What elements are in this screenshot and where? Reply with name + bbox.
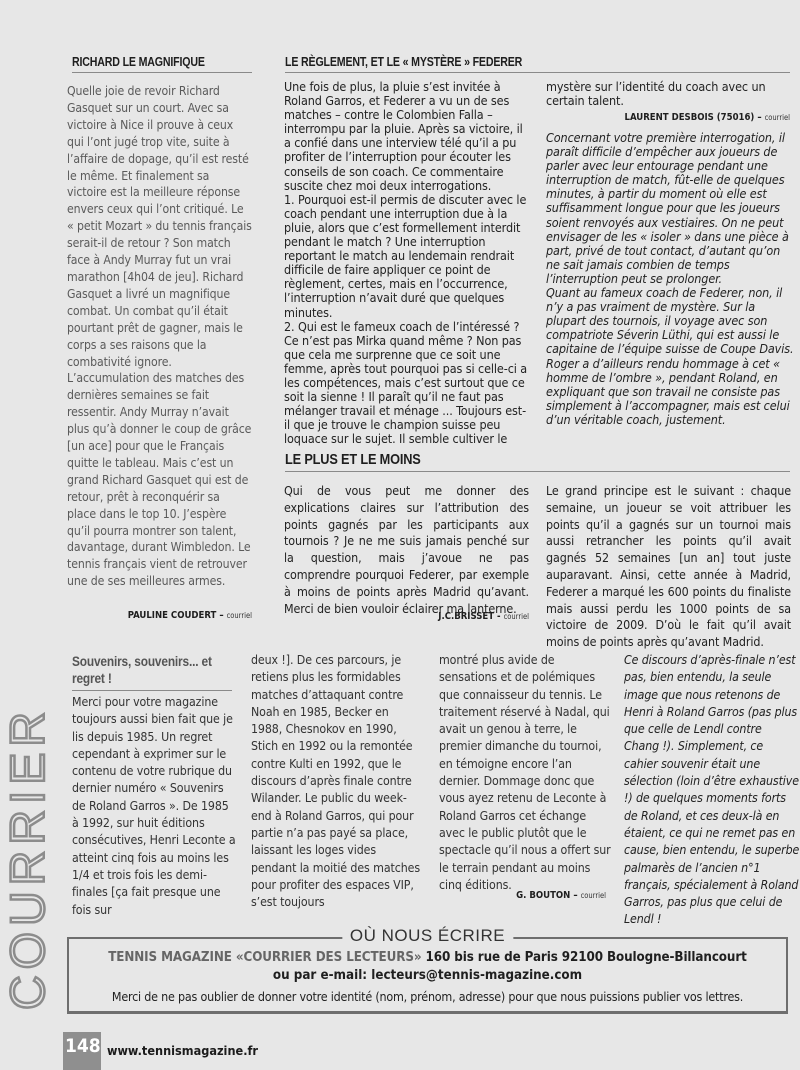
letter-2-signature: LAURENT DESBOIS (75016) – courriel <box>546 110 790 126</box>
letter-4-col1: Merci pour votre magazine toujours aussi… <box>72 694 237 919</box>
contact-email-line[interactable]: ou par e-mail: lecteurs@tennis-magazine.… <box>69 968 786 983</box>
letter-2-title: LE RÈGLEMENT, ET LE « MYSTÈRE » FEDERER <box>285 55 714 69</box>
letter-2-intro: Une fois de plus, la pluie s’est invitée… <box>284 80 529 193</box>
postal-address: 160 bis rue de Paris 92100 Boulogne-Bill… <box>426 950 747 965</box>
letter-2-author: LAURENT DESBOIS (75016) <box>625 112 755 123</box>
website-link[interactable]: www.tennismagazine.fr <box>107 1043 258 1058</box>
letter-3-author: J.C.BRISSET <box>438 611 494 622</box>
letter-3-title: LE PLUS ET LE MOINS <box>285 451 714 468</box>
letter-1-signature: PAULINE COUDERT – courriel <box>67 608 252 624</box>
letter-1-title: RICHARD LE MAGNIFIQUE <box>72 55 225 69</box>
letter-4-reply-text: Ce discours d’après-finale n’est pas, bi… <box>624 652 800 929</box>
letter-4-author: G. BOUTON <box>516 890 570 901</box>
letter-2-reply-p1: Concernant votre première interrogation,… <box>546 131 794 286</box>
letter-3-reply-text: Le grand principe est le suivant : chaqu… <box>546 483 791 651</box>
letter-1-header: RICHARD LE MAGNIFIQUE <box>72 55 252 73</box>
section-label-courrier: COURRIER <box>5 730 53 1010</box>
letter-1-body: Quelle joie de revoir Richard Gasquet su… <box>67 83 252 590</box>
letter-1-source: courriel <box>227 611 252 620</box>
magazine-name: TENNIS MAGAZINE «COURRIER DES LECTEURS» <box>108 950 421 965</box>
contact-note: Merci de ne pas oublier de donner votre … <box>69 989 786 1004</box>
letter-4-source: courriel <box>581 891 606 900</box>
letter-1-text: Quelle joie de revoir Richard Gasquet su… <box>67 83 252 590</box>
page-number: 148 <box>63 1032 101 1070</box>
letter-4-col3: montré plus avide de sensations et de po… <box>439 652 611 894</box>
contact-box: OÙ NOUS ÉCRIRE TENNIS MAGAZINE «COURRIER… <box>67 937 788 1014</box>
letter-4-signature: G. BOUTON – courriel <box>439 888 606 904</box>
letter-2-source: courriel <box>765 113 790 122</box>
letter-4-text-2: deux !]. De ces parcours, je retiens plu… <box>251 652 421 911</box>
letter-4-title: Souvenirs, souvenirs... et regret ! <box>72 653 234 687</box>
letter-2-reply-p2: Quant au fameux coach de Federer, non, i… <box>546 286 794 427</box>
contact-address-line: TENNIS MAGAZINE «COURRIER DES LECTEURS» … <box>69 950 786 965</box>
letter-3-reply: Le grand principe est le suivant : chaqu… <box>546 483 791 651</box>
letter-2-col2: mystère sur l’identité du coach avec un … <box>546 80 791 108</box>
letter-2-col1: Une fois de plus, la pluie s’est invitée… <box>284 80 529 446</box>
letter-4-col2: deux !]. De ces parcours, je retiens plu… <box>251 652 421 911</box>
magazine-page: RICHARD LE MAGNIFIQUE Quelle joie de rev… <box>0 0 800 1070</box>
letter-3-signature: J.C.BRISSET - courriel <box>284 609 529 625</box>
letter-2-continued: mystère sur l’identité du coach avec un … <box>546 80 791 108</box>
letter-2-point-1: 1. Pourquoi est-il permis de discuter av… <box>284 193 529 320</box>
letter-3-source: courriel <box>504 612 529 621</box>
letter-3-text: Qui de vous peut me donner des explicati… <box>284 483 529 617</box>
letter-1-author: PAULINE COUDERT <box>128 610 217 621</box>
contact-box-title: OÙ NOUS ÉCRIRE <box>342 926 513 946</box>
letter-2-point-2: 2. Qui est le fameux coach de l’intéress… <box>284 320 529 447</box>
letter-3-header: LE PLUS ET LE MOINS <box>285 451 790 472</box>
letter-3-body: Qui de vous peut me donner des explicati… <box>284 483 529 617</box>
letter-4-reply: Ce discours d’après-finale n’est pas, bi… <box>624 652 800 929</box>
letter-2-reply: Concernant votre première interrogation,… <box>546 131 794 427</box>
letter-4-header: Souvenirs, souvenirs... et regret ! <box>72 653 232 691</box>
letter-4-text-1: Merci pour votre magazine toujours aussi… <box>72 694 237 919</box>
letter-2-header: LE RÈGLEMENT, ET LE « MYSTÈRE » FEDERER <box>285 55 790 73</box>
letter-4-text-3: montré plus avide de sensations et de po… <box>439 652 611 894</box>
